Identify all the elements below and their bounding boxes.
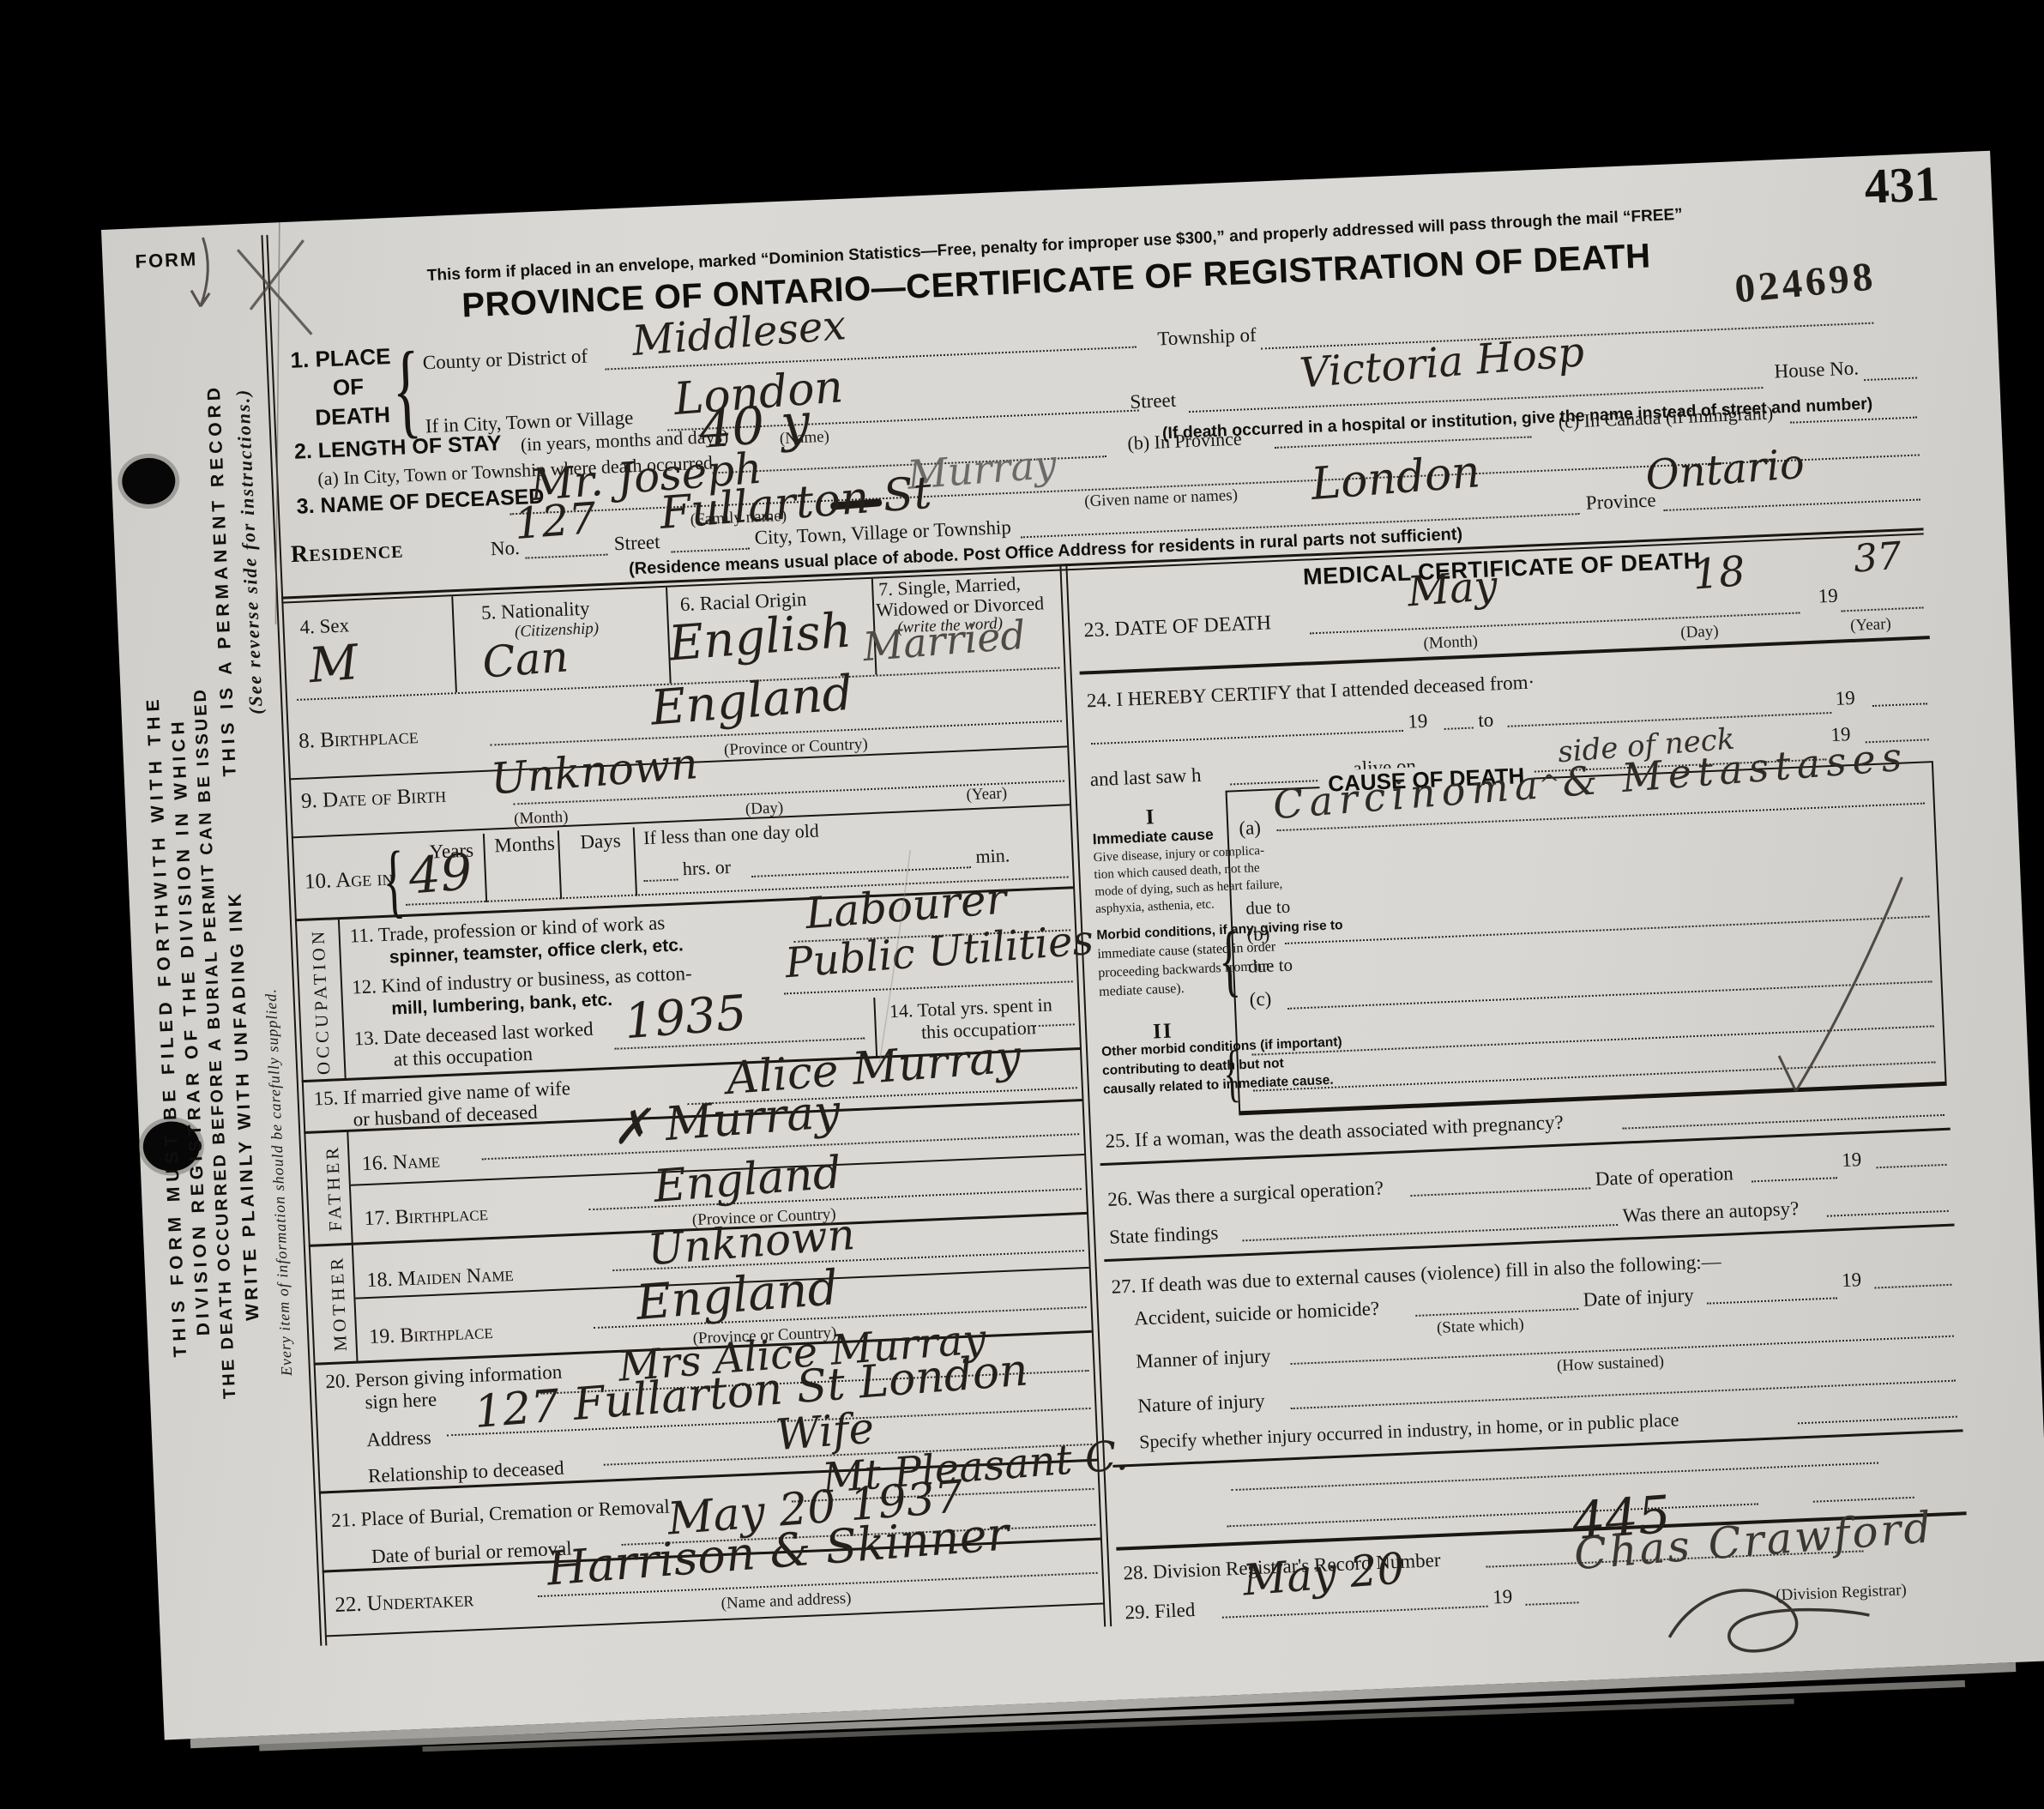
min-label: min.: [975, 844, 1010, 868]
dotted-line: [1813, 1497, 1914, 1503]
operation-year: 19: [1842, 1149, 1862, 1172]
year-note: (Year): [1850, 615, 1892, 636]
burial-place-label: 21. Place of Burial, Cremation or Remova…: [331, 1496, 670, 1533]
state-findings-label: State findings: [1109, 1222, 1219, 1249]
dotted-line: [1798, 1416, 1957, 1425]
birthplace-label: 8. Birthplace: [298, 725, 419, 754]
certificate-paper: FORM 431 024698 This form if placed in a…: [101, 151, 2044, 1740]
informant-label2: sign here: [365, 1389, 437, 1414]
serial-number-stamp: 024698: [1733, 253, 1878, 312]
brace: {: [1217, 914, 1242, 1007]
last-worked-label2: at this occupation: [393, 1043, 533, 1071]
divider: [633, 828, 637, 896]
informant-address-label: Address: [366, 1426, 431, 1451]
street-label: Street: [1130, 389, 1177, 413]
father-name-label: 16. Name: [361, 1149, 440, 1176]
dotted-line: [1242, 1224, 1618, 1241]
dotted-line: [1415, 1308, 1578, 1317]
dotted-line: [1222, 1606, 1488, 1619]
form-number-label: FORM: [135, 248, 198, 273]
brace: {: [1222, 1037, 1242, 1111]
dotted-line: [1310, 612, 1800, 634]
dotted-line: [1091, 730, 1403, 745]
divider: [558, 830, 562, 899]
sex-value: M: [307, 635, 360, 694]
operation-date-label: Date of operation: [1595, 1162, 1733, 1191]
dotted-line: [1663, 498, 1920, 511]
injury-date-label: Date of injury: [1583, 1284, 1694, 1311]
certify-y2: 19: [1835, 687, 1855, 710]
residence-no-value: 127: [513, 493, 599, 549]
place-of-death-label: DEATH: [315, 401, 391, 431]
roman-two: II: [1153, 1020, 1174, 1045]
dotted-line: [1622, 1114, 1945, 1130]
how-sustained-note: (How sustained): [1557, 1353, 1665, 1376]
dotted-line: [1275, 436, 1532, 449]
operation-label: 26. Was there a surgical operation?: [1107, 1177, 1384, 1210]
punch-hole: [121, 457, 176, 506]
dotted-line: [1874, 1284, 1951, 1289]
dotted-line: [751, 866, 971, 877]
divider: [451, 596, 457, 692]
residence-province-value: Ontario: [1643, 440, 1806, 500]
death-year-prefix: 19: [1818, 585, 1838, 608]
injury-year: 19: [1842, 1269, 1862, 1292]
dotted-line: [1872, 702, 1927, 707]
accident-label: Accident, suicide or homicide?: [1134, 1298, 1380, 1330]
age-years-value: 49: [407, 842, 474, 905]
dotted-line: [1707, 1297, 1837, 1304]
filed-label: 29. Filed: [1125, 1599, 1196, 1624]
roman-one: I: [1145, 805, 1155, 829]
death-day-value: 18: [1691, 547, 1746, 600]
autopsy-label: Was there an autopsy?: [1622, 1197, 1800, 1227]
stay-b-label: (b) In Province: [1127, 428, 1242, 455]
dotted-line: [1841, 606, 1923, 612]
dotted-line: [1034, 1023, 1075, 1027]
dotted-line: [1526, 1601, 1579, 1606]
street-value: Victoria Hosp: [1298, 328, 1586, 397]
death-year-value: 37: [1852, 534, 1903, 582]
mother-maiden-label: 18. Maiden Name: [366, 1263, 514, 1293]
scanned-page-background: FORM 431 024698 This form if placed in a…: [0, 0, 2044, 1809]
certify-to: to: [1478, 709, 1494, 733]
morbid-conditions-label: mediate cause).: [1099, 981, 1185, 1000]
mother-birthplace-label: 19. Birthplace: [369, 1321, 494, 1349]
residence-province-label: Province: [1585, 489, 1656, 514]
page-number: 431: [1863, 154, 1940, 215]
page-stack-edge: [259, 1680, 1965, 1752]
dotted-line: [525, 554, 607, 559]
dotted-line: [1410, 1187, 1590, 1197]
months-header: Months: [494, 832, 555, 857]
due-to-label: due to: [1245, 896, 1291, 920]
cause-a-label: (a): [1239, 817, 1262, 840]
immediate-cause-desc: asphyxia, asthenia, etc.: [1095, 897, 1215, 917]
father-birthplace-value: England: [652, 1147, 843, 1213]
undertaker-label: 22. Undertaker: [335, 1588, 474, 1618]
dotted-line: [671, 548, 750, 553]
dotted-line: [1864, 377, 1917, 381]
length-of-stay-label: 2. LENGTH OF STAY: [293, 431, 502, 465]
divider: [483, 834, 487, 902]
divider: [1080, 636, 1930, 674]
last-worked-value: 1935: [623, 985, 749, 1050]
division-registrar-note: (Division Registrar): [1776, 1581, 1907, 1605]
dotted-line: [1291, 1380, 1956, 1409]
state-which-note: (State which): [1437, 1316, 1525, 1338]
certify-label: 24. I HEREBY CERTIFY that I attended dec…: [1086, 671, 1535, 712]
mother-group-label: MOTHER: [326, 1248, 352, 1359]
father-birthplace-label: 17. Birthplace: [364, 1203, 489, 1231]
county-label: County or District of: [422, 345, 588, 374]
residence-label: Residence: [290, 537, 404, 569]
brace: {: [390, 329, 424, 451]
cause-c-label: (c): [1249, 988, 1272, 1011]
date-of-birth-label: 9. Date of Birth: [301, 784, 447, 814]
occupation-group-label: OCCUPATION: [307, 923, 335, 1080]
death-month-value: May: [1406, 562, 1499, 617]
filed-year-prefix: 19: [1492, 1586, 1513, 1609]
manner-of-injury-label: Manner of injury: [1136, 1345, 1271, 1373]
nature-of-injury-label: Nature of injury: [1137, 1390, 1265, 1417]
residence-city-value: London: [1309, 446, 1481, 510]
dotted-line: [643, 879, 678, 883]
date-of-death-label: 23. DATE OF DEATH: [1083, 612, 1272, 642]
dotted-line: [1232, 1462, 1878, 1491]
date-of-birth-value: Unknown: [489, 739, 700, 804]
dotted-line: [1752, 1177, 1837, 1182]
place-of-death-label: OF: [332, 373, 364, 401]
dotted-line: [1444, 727, 1474, 730]
given-name-note: (Given name or names): [1084, 486, 1239, 511]
birthplace-value: England: [648, 666, 854, 737]
immediate-cause-label: Immediate cause: [1092, 825, 1214, 848]
house-no-label: House No.: [1774, 357, 1859, 383]
place-of-death-label: 1. PLACE: [290, 343, 391, 374]
last-saw-label: and last saw h: [1089, 764, 1202, 791]
undertaker-note: (Name and address): [721, 1589, 852, 1613]
filed-date-value: May 20: [1241, 1543, 1407, 1605]
due-to-label: due to: [1248, 955, 1293, 978]
cause-b-label: (b): [1246, 923, 1270, 946]
days-header: Days: [580, 829, 621, 853]
certify-y1: 19: [1408, 710, 1428, 733]
dotted-line: [1827, 1210, 1949, 1217]
divider: [338, 920, 347, 1078]
year-note: (Year): [966, 784, 1008, 805]
age-label: 10. Age in: [304, 866, 394, 894]
father-group-label: FATHER: [321, 1135, 347, 1240]
less-than-day-label: If less than one day old: [643, 820, 820, 850]
township-label: Township of: [1157, 324, 1257, 351]
nationality-value: Can: [480, 631, 570, 688]
month-note: (Month): [1423, 632, 1478, 654]
dotted-line: [1790, 417, 1917, 424]
day-note: (Day): [1680, 622, 1719, 642]
dotted-line: [1877, 1164, 1947, 1168]
hrs-label: hrs. or: [682, 856, 731, 880]
dotted-line: [1508, 712, 1832, 727]
residence-street-label: Street: [613, 531, 660, 555]
